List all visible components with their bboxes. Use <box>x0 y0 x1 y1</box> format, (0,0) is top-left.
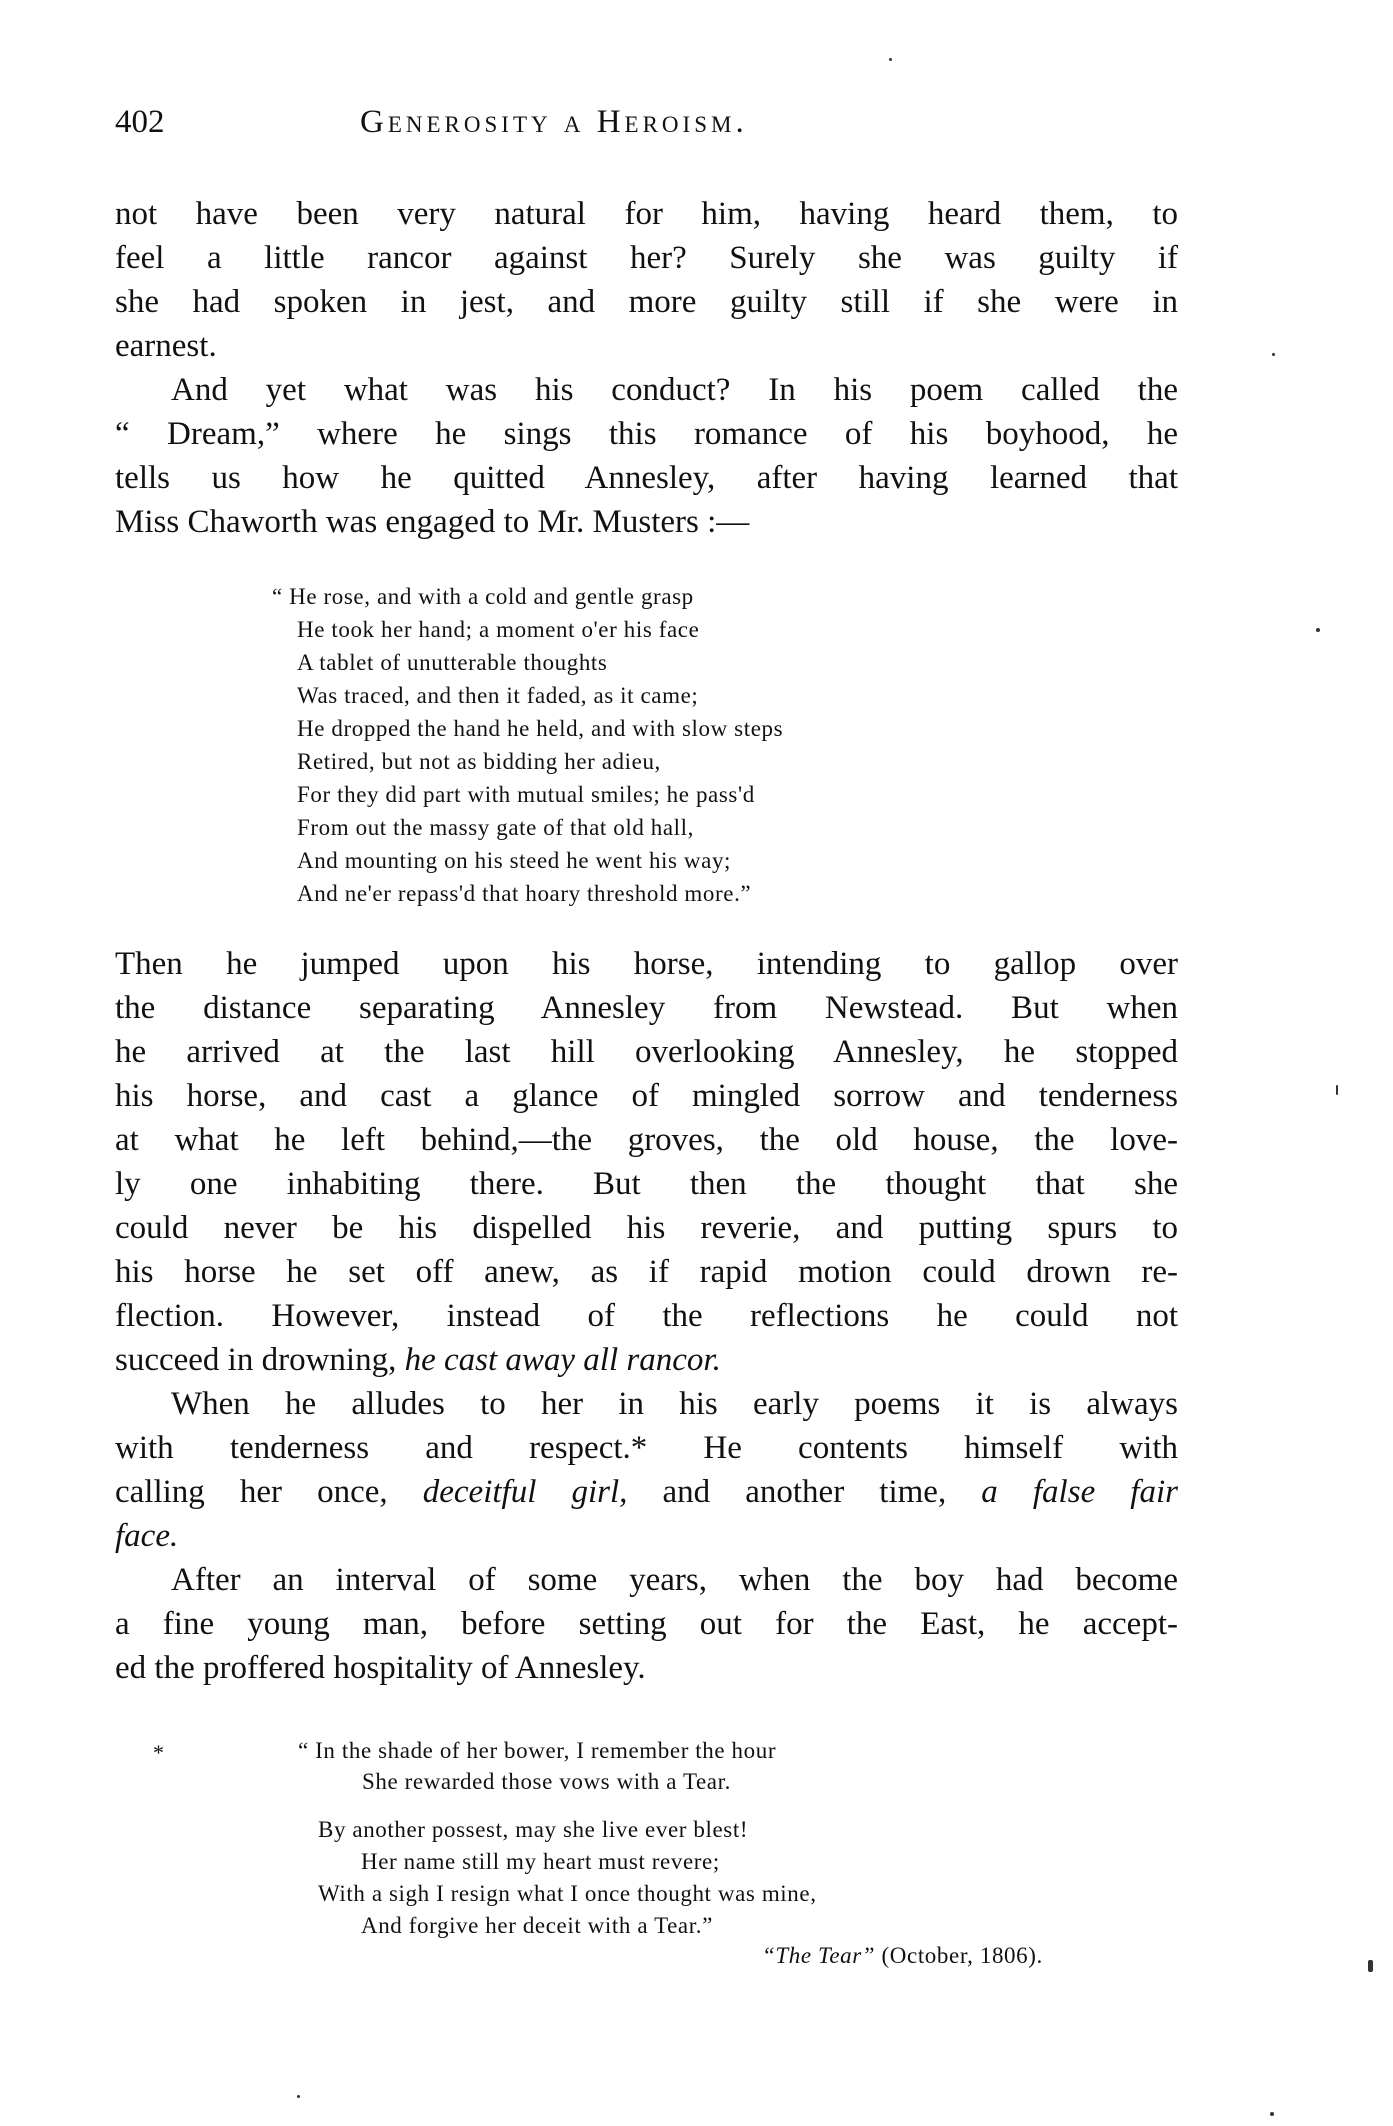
text-line: succeed in drowning, he cast away all ra… <box>115 1338 1178 1382</box>
poem-line: Was traced, and then it faded, as it cam… <box>272 679 783 712</box>
poem-line: Retired, but not as bidding her adieu, <box>272 745 783 778</box>
paragraph-opening: not have been very natural for him, havi… <box>115 192 1178 544</box>
poem-line: “ He rose, and with a cold and gentle gr… <box>272 580 783 613</box>
footnote-asterisk: * <box>153 1737 164 1769</box>
text-line: flection. However, instead of the reflec… <box>115 1294 1178 1338</box>
paper-speck <box>1316 628 1320 632</box>
text-run: succeed in drowning, <box>115 1342 405 1378</box>
italic-emphasis: face. <box>115 1518 178 1554</box>
book-page: 402 Generosity a Heroism. not have been … <box>0 0 1393 2126</box>
text-line: calling her once, deceitful girl, and an… <box>115 1470 1178 1514</box>
poem-line: He took her hand; a moment o'er his face <box>272 613 783 646</box>
text-line: he arrived at the last hill overlooking … <box>115 1030 1178 1074</box>
text-line: tells us how he quitted Annesley, after … <box>115 456 1178 500</box>
paper-speck <box>1272 353 1275 356</box>
poem-line: From out the massy gate of that old hall… <box>272 811 783 844</box>
text-line: Then he jumped upon his horse, intending… <box>115 942 1178 986</box>
poem-line: He dropped the hand he held, and with sl… <box>272 712 783 745</box>
paper-speck <box>1336 1085 1338 1095</box>
text-line: ed the proffered hospitality of Annesley… <box>115 1646 1178 1690</box>
text-line: “ Dream,” where he sings this romance of… <box>115 412 1178 456</box>
italic-emphasis: a false fair <box>981 1474 1178 1510</box>
text-line: at what he left behind,—the groves, the … <box>115 1118 1178 1162</box>
footnote-poem-line: She rewarded those vows with a Tear. <box>362 1766 731 1798</box>
footnote-poem-line: Her name still my heart must revere; <box>361 1846 720 1878</box>
text-line: his horse, and cast a glance of mingled … <box>115 1074 1178 1118</box>
paper-speck <box>1270 2112 1274 2116</box>
italic-emphasis: he cast away all rancor. <box>405 1342 721 1378</box>
text-line: a fine young man, before setting out for… <box>115 1602 1178 1646</box>
text-line: his horse he set off anew, as if rapid m… <box>115 1250 1178 1294</box>
attribution-title: “The Tear” <box>762 1943 875 1968</box>
footnote-poem-line: “ In the shade of her bower, I remember … <box>298 1735 776 1767</box>
poem-line: And ne'er repass'd that hoary threshold … <box>272 877 783 910</box>
text-line: face. <box>115 1514 1178 1558</box>
paper-speck <box>297 2095 300 2098</box>
paper-speck <box>889 58 892 61</box>
text-line: earnest. <box>115 324 1178 368</box>
text-line: And yet what was his conduct? In his poe… <box>115 368 1178 412</box>
italic-emphasis: deceitful girl, <box>423 1474 628 1510</box>
text-line: Miss Chaworth was engaged to Mr. Musters… <box>115 500 1178 544</box>
text-line: the distance separating Annesley from Ne… <box>115 986 1178 1030</box>
poem-quotation: “ He rose, and with a cold and gentle gr… <box>272 580 783 910</box>
poem-line: And mounting on his steed he went his wa… <box>272 844 783 877</box>
text-line: could never be his dispelled his reverie… <box>115 1206 1178 1250</box>
poem-line: A tablet of unutterable thoughts <box>272 646 783 679</box>
page-number: 402 <box>115 100 165 144</box>
poem-line: For they did part with mutual smiles; he… <box>272 778 783 811</box>
running-title: Generosity a Heroism. <box>360 100 748 144</box>
text-line: with tenderness and respect.* He content… <box>115 1426 1178 1470</box>
footnote-attribution: “The Tear” (October, 1806). <box>762 1940 1043 1972</box>
text-run: and another time, <box>627 1474 981 1510</box>
text-line: After an interval of some years, when th… <box>115 1558 1178 1602</box>
paragraph-narrative: Then he jumped upon his horse, intending… <box>115 942 1178 1690</box>
text-line: feel a little rancor against her? Surely… <box>115 236 1178 280</box>
running-head: 402 Generosity a Heroism. <box>115 100 1178 144</box>
footnote-poem-line: With a sigh I resign what I once thought… <box>318 1878 817 1910</box>
text-line: she had spoken in jest, and more guilty … <box>115 280 1178 324</box>
text-line: not have been very natural for him, havi… <box>115 192 1178 236</box>
paper-speck <box>1368 1960 1373 1972</box>
footnote-poem-line: And forgive her deceit with a Tear.” <box>361 1910 713 1942</box>
text-run: calling her once, <box>115 1474 423 1510</box>
text-line: When he alludes to her in his early poem… <box>115 1382 1178 1426</box>
footnote-poem-line: By another possest, may she live ever bl… <box>318 1814 748 1846</box>
attribution-date: (October, 1806). <box>875 1943 1043 1968</box>
text-line: ly one inhabiting there. But then the th… <box>115 1162 1178 1206</box>
